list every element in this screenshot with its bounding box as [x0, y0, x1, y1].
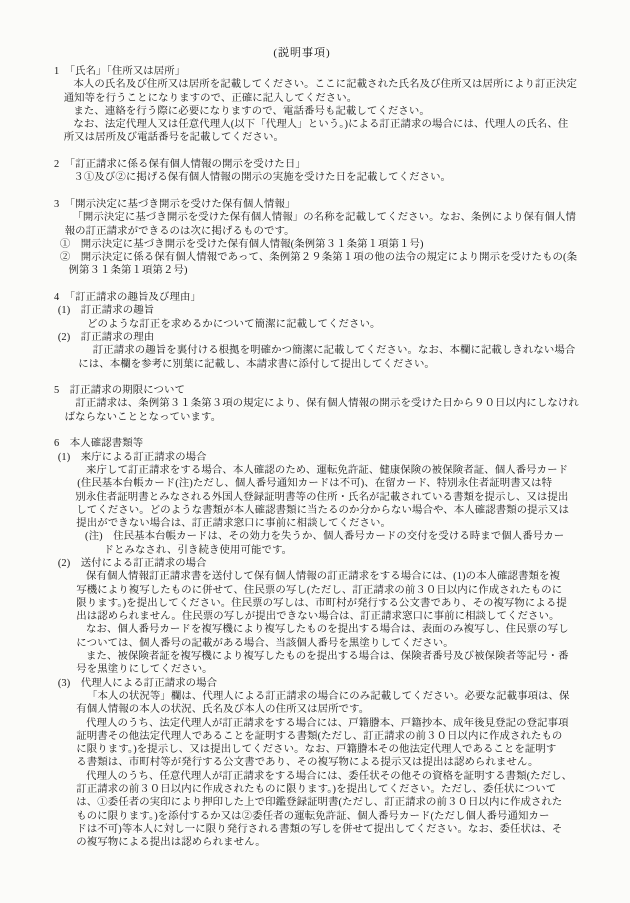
document-line: してください。どのような書類が本人確認書類に当たるのか分からない場合や、本人確認… — [54, 504, 594, 517]
document-line: 通知等を行うことになりますので、正確に記入してください。 — [54, 92, 594, 105]
document-line: (住民基本台帳カード(注)ただし、個人番号通知カードは不可)、在留カード、特別永… — [54, 477, 594, 490]
document-line: 1 「氏名」「住所又は居所」 — [54, 65, 594, 78]
document-line: 「開示決定に基づき開示を受けた保有個人情報」の名称を記載してください。なお、条例… — [54, 211, 594, 224]
document-line: 出は認められません。住民票の写しが提出できない場合は、訂正請求窓口に事前に相談し… — [54, 610, 594, 623]
document-line: ものに限ります。)を添付するか又は②委任者の運転免許証、個人番号カード(ただし個… — [54, 810, 594, 823]
blank-line — [54, 185, 594, 198]
document-line: 例第３１条第１項第２号) — [54, 264, 594, 277]
document-line: には、本欄を参考に別葉に記載し、本請求書に添付して提出してください。 — [54, 358, 594, 371]
document-line: 所又は居所及び電話番号を記載してください。 — [54, 131, 594, 144]
document-line: 有個人情報の本人の状況、氏名及び本人の住所又は居所です。 — [54, 703, 594, 716]
document-line: ② 開示決定に係る保有個人情報であって、条例第２９条第１項の他の法令の規定により… — [54, 251, 594, 264]
document-line: なお、個人番号カードを複写機により複写したものを提出する場合は、表面のみ複写し、… — [54, 623, 594, 636]
blank-line — [54, 424, 594, 437]
document-line: 2 「訂正請求に係る保有個人情報の開示を受けた日」 — [54, 158, 594, 171]
document-line: また、連絡を行う際に必要になりますので、電話番号も記載してください。 — [54, 105, 594, 118]
document-line: どのような訂正を求めるかについて簡潔に記載してください。 — [54, 318, 594, 331]
document-line: 代理人のうち、任意代理人が訂正請求をする場合には、委任状その他その資格を証明する… — [54, 770, 594, 783]
document-line: に限ります。)を提示し、又は提出してください。なお、戸籍謄本その他法定代理人であ… — [54, 743, 594, 756]
document-line: 証明書その他法定代理人であることを証明する書類(ただし、訂正請求の前３０日以内に… — [54, 730, 594, 743]
document-line: の複写物による提出は認められません。 — [54, 836, 594, 849]
document-page: (説明事項) 1 「氏名」「住所又は居所」本人の氏名及び住所又は居所を記載してく… — [0, 0, 630, 903]
document-line: (注) 住民基本台帳カードは、その効力を失うか、個人番号カードの交付を受ける時ま… — [54, 530, 594, 543]
document-line: (1) 訂正請求の趣旨 — [54, 304, 594, 317]
document-line: (2) 送付による訂正請求の場合 — [54, 557, 594, 570]
document-line: 「本人の状況等」欄は、代理人による訂正請求の場合にのみ記載してください。必要な記… — [54, 690, 594, 703]
document-line: 訂正請求の趣旨を裏付ける根拠を明確かつ簡潔に記載してください。なお、本欄に記載し… — [54, 344, 594, 357]
document-line: 報の訂正請求ができるのは次に掲げるものです。 — [54, 225, 594, 238]
blank-line — [54, 371, 594, 384]
document-line: 号を黒塗りにしてください。 — [54, 663, 594, 676]
document-line: 訂正請求は、条例第３１条第３項の規定により、保有個人情報の開示を受けた日から９０… — [54, 397, 594, 410]
document-line: ドとみなされ、引き続き使用可能です。 — [54, 544, 594, 557]
document-line: ３①及び②に掲げる保有個人情報の開示の実施を受けた日を記載してください。 — [54, 171, 594, 184]
document-line: 来庁して訂正請求をする場合、本人確認のため、運転免許証、健康保険の被保険者証、個… — [54, 464, 594, 477]
document-line: (3) 代理人による訂正請求の場合 — [54, 677, 594, 690]
document-line: ドは不可)等本人に対し一に限り発行される書類の写しを併せて提出してください。なお… — [54, 823, 594, 836]
document-line: 写機により複写したものに併せて、住民票の写し(ただし、訂正請求の前３０日以内に作… — [54, 584, 594, 597]
blank-line — [54, 278, 594, 291]
document-line: 限ります。)を提出してください。住民票の写しは、市町村が発行する公文書であり、そ… — [54, 597, 594, 610]
document-line: ① 開示決定に基づき開示を受けた保有個人情報(条例第３１条第１項第１号) — [54, 238, 594, 251]
document-line: ばならないこととなっています。 — [54, 411, 594, 424]
document-line: (1) 来庁による訂正請求の場合 — [54, 451, 594, 464]
document-line: 保有個人情報訂正請求書を送付して保有個人情報の訂正請求をする場合には、(1)の本… — [54, 570, 594, 583]
document-line: については、個人番号の記載がある場合、当該個人番号を黒塗りしてください。 — [54, 637, 594, 650]
document-line: 訂正請求の前３０日以内に作成されたものに限ります。)を提出してください。ただし、… — [54, 783, 594, 796]
document-line: 別永住者証明書とみなされる外国人登録証明書等の住所・氏名が記載されている書類を提… — [54, 491, 594, 504]
document-line: る書類は、市町村等が発行する公文書であり、その複写物による提示又は提出は認められ… — [54, 756, 594, 769]
document-line: 提出ができない場合は、訂正請求窓口に事前に相談してください。 — [54, 517, 594, 530]
document-line: 代理人のうち、法定代理人が訂正請求をする場合には、戸籍謄本、戸籍抄本、成年後見登… — [54, 717, 594, 730]
document-line: 本人の氏名及び住所又は居所を記載してください。ここに記載された氏名及び住所又は居… — [54, 78, 594, 91]
document-line: 3 「開示決定に基づき開示を受けた保有個人情報」 — [54, 198, 594, 211]
document-line: なお、法定代理人又は任意代理人(以下「代理人」という。)による訂正請求の場合には… — [54, 118, 594, 131]
document-line: (2) 訂正請求の理由 — [54, 331, 594, 344]
document-line: 5 訂正請求の期限について — [54, 384, 594, 397]
document-line: また、被保険者証を複写機により複写したものを提出する場合は、保険者番号及び被保険… — [54, 650, 594, 663]
blank-line — [54, 145, 594, 158]
document-body: 1 「氏名」「住所又は居所」本人の氏名及び住所又は居所を記載してください。ここに… — [54, 65, 594, 850]
document-line: は、①委任者の実印により押印した上で印鑑登録証明書(ただし、訂正請求の前３０日以… — [54, 796, 594, 809]
document-line: 6 本人確認書類等 — [54, 437, 594, 450]
document-title: (説明事項) — [54, 46, 594, 60]
document-line: 4 「訂正請求の趣旨及び理由」 — [54, 291, 594, 304]
